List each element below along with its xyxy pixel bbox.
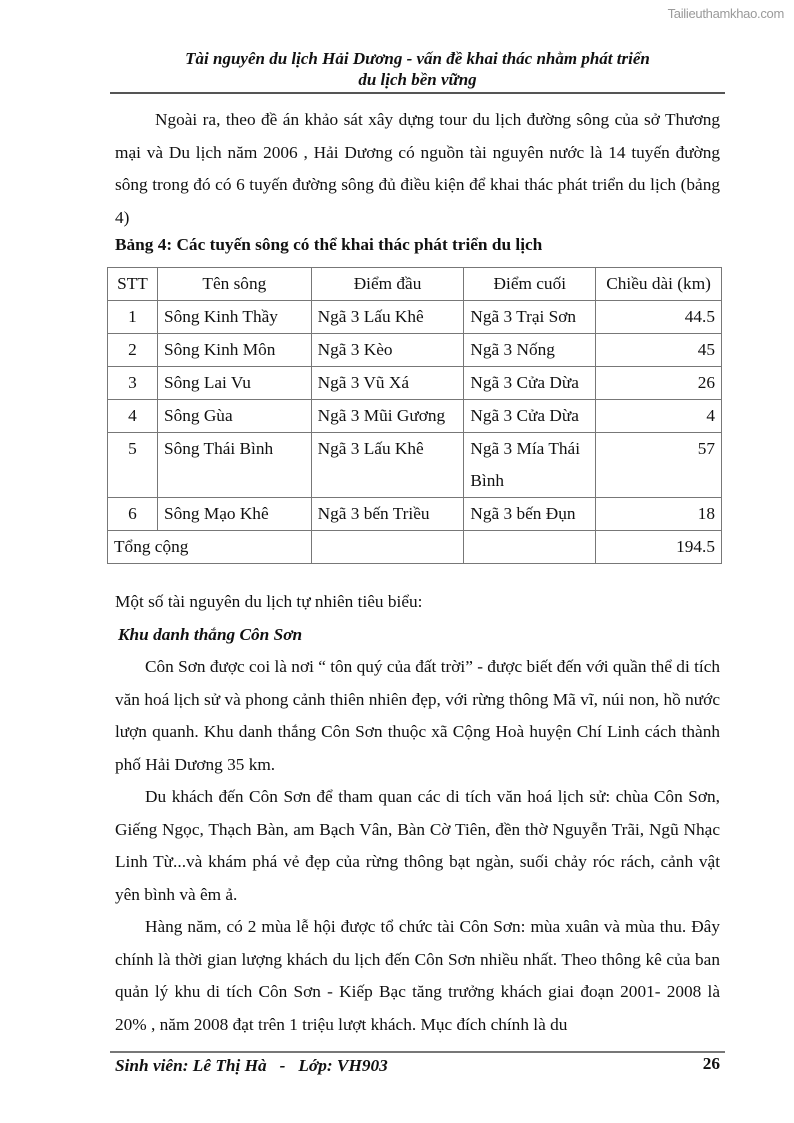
cell-stt: 3 [108, 367, 158, 400]
header-length: Chiều dài (km) [596, 268, 722, 301]
cell-length: 26 [596, 367, 722, 400]
cell-end-point: Ngã 3 bến Đụn [464, 498, 596, 531]
cell-total-value: 194.5 [596, 531, 722, 564]
table-row: 5 Sông Thái Bình Ngã 3 Lấu Khê Ngã 3 Mía… [108, 433, 722, 498]
cell-end-point: Ngã 3 Mía Thái Bình [464, 433, 596, 498]
header-end-point: Điểm cuối [464, 268, 596, 301]
section-heading: Khu danh thắng Côn Sơn [115, 619, 720, 652]
cell-stt: 4 [108, 400, 158, 433]
cell-length: 45 [596, 334, 722, 367]
cell-stt: 1 [108, 301, 158, 334]
cell-start-point: Ngã 3 Vũ Xá [311, 367, 464, 400]
cell-river-name: Sông Mạo Khê [157, 498, 311, 531]
lead-line-block: Một số tài nguyên du lịch tự nhiên tiêu … [115, 586, 720, 651]
cell-empty [464, 531, 596, 564]
cell-start-point: Ngã 3 Lấu Khê [311, 433, 464, 498]
intro-paragraph: Ngoài ra, theo đề án khảo sát xây dựng t… [115, 104, 720, 234]
cell-length: 44.5 [596, 301, 722, 334]
table-total-row: Tổng cộng 194.5 [108, 531, 722, 564]
cell-end-point: Ngã 3 Nống [464, 334, 596, 367]
cell-start-point: Ngã 3 Kèo [311, 334, 464, 367]
cell-river-name: Sông Thái Bình [157, 433, 311, 498]
cell-length: 18 [596, 498, 722, 531]
cell-length: 57 [596, 433, 722, 498]
paragraph-con-son-festivals: Hàng năm, có 2 mùa lễ hội được tổ chức t… [115, 911, 720, 1041]
cell-end-point: Ngã 3 Cửa Dừa [464, 367, 596, 400]
cell-stt: 2 [108, 334, 158, 367]
cell-length: 4 [596, 400, 722, 433]
header-divider [110, 92, 725, 94]
body-paragraphs: Côn Sơn được coi là nơi “ tôn quý của đấ… [115, 651, 720, 1041]
table-row: 4 Sông Gùa Ngã 3 Mũi Gương Ngã 3 Cửa Dừa… [108, 400, 722, 433]
cell-start-point: Ngã 3 Lấu Khê [311, 301, 464, 334]
cell-empty [311, 531, 464, 564]
cell-end-point: Ngã 3 Trại Sơn [464, 301, 596, 334]
cell-start-point: Ngã 3 bến Triều [311, 498, 464, 531]
rivers-table: STT Tên sông Điểm đầu Điểm cuối Chiều dà… [107, 267, 722, 564]
footer-student: Sinh viên: Lê Thị Hà - Lớp: VH903 [115, 1056, 388, 1076]
header-stt: STT [108, 268, 158, 301]
table-row: 6 Sông Mạo Khê Ngã 3 bến Triều Ngã 3 bến… [108, 498, 722, 531]
cell-total-label: Tổng cộng [108, 531, 312, 564]
paragraph-con-son-intro: Côn Sơn được coi là nơi “ tôn quý của đấ… [115, 651, 720, 781]
table-row: 2 Sông Kinh Môn Ngã 3 Kèo Ngã 3 Nống 45 [108, 334, 722, 367]
cell-start-point: Ngã 3 Mũi Gương [311, 400, 464, 433]
cell-end-point: Ngã 3 Cửa Dừa [464, 400, 596, 433]
cell-river-name: Sông Kinh Thầy [157, 301, 311, 334]
paragraph-con-son-visit: Du khách đến Côn Sơn để tham quan các di… [115, 781, 720, 911]
header-river-name: Tên sông [157, 268, 311, 301]
lead-line: Một số tài nguyên du lịch tự nhiên tiêu … [115, 586, 720, 619]
table-row: 1 Sông Kinh Thầy Ngã 3 Lấu Khê Ngã 3 Trạ… [108, 301, 722, 334]
footer-divider [110, 1051, 725, 1053]
cell-river-name: Sông Lai Vu [157, 367, 311, 400]
table-header-row: STT Tên sông Điểm đầu Điểm cuối Chiều dà… [108, 268, 722, 301]
running-header: Tài nguyên du lịch Hải Dương - vấn đề kh… [110, 48, 725, 90]
page-number: 26 [703, 1054, 720, 1074]
header-start-point: Điểm đầu [311, 268, 464, 301]
cell-river-name: Sông Gùa [157, 400, 311, 433]
cell-stt: 6 [108, 498, 158, 531]
cell-river-name: Sông Kinh Môn [157, 334, 311, 367]
header-line-2: du lịch bền vững [110, 69, 725, 90]
table-row: 3 Sông Lai Vu Ngã 3 Vũ Xá Ngã 3 Cửa Dừa … [108, 367, 722, 400]
intro-paragraph-block: Ngoài ra, theo đề án khảo sát xây dựng t… [115, 104, 720, 234]
watermark: Tailieuthamkhao.com [668, 6, 784, 21]
header-line-1: Tài nguyên du lịch Hải Dương - vấn đề kh… [110, 48, 725, 69]
table-caption: Bảng 4: Các tuyến sông có thể khai thác … [115, 235, 542, 255]
cell-stt: 5 [108, 433, 158, 498]
